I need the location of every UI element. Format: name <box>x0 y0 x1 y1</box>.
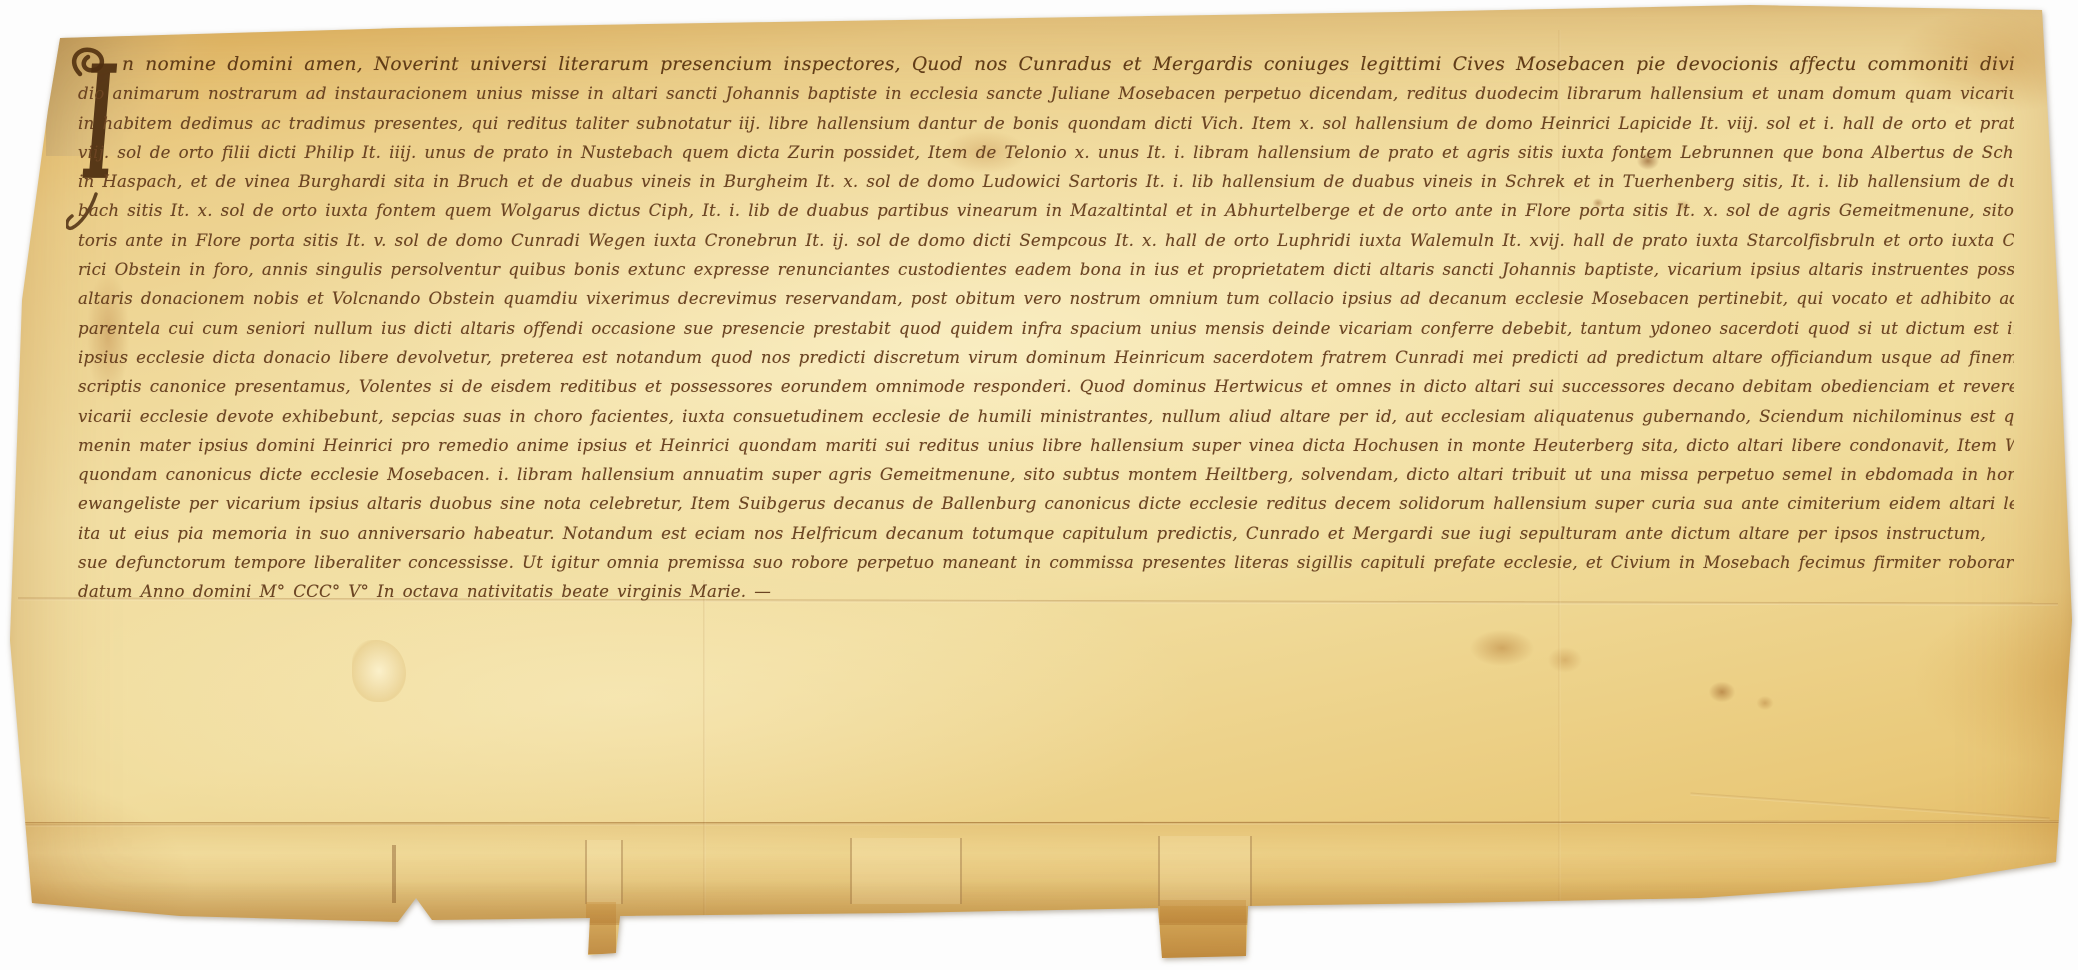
text-line: ipsius ecclesie dicta donacio libere dev… <box>78 343 2014 372</box>
text-line: n nomine domini amen, Noverint universi … <box>78 50 2014 79</box>
text-line: menin mater ipsius domini Heinrici pro r… <box>78 431 2014 460</box>
seal-tag-right <box>1160 900 1246 958</box>
text-line: in habitem dedimus ac tradimus presentes… <box>78 109 2014 138</box>
text-line: bach sitis It. x. sol de orto iuxta font… <box>78 196 2014 225</box>
text-line: quondam canonicus dicte ecclesie Mosebac… <box>78 460 2014 489</box>
text-line: altaris donacionem nobis et Volcnando Ob… <box>78 284 2014 313</box>
text-line: ewangeliste per vicarium ipsius altaris … <box>78 489 2014 518</box>
seal-slot-center <box>850 838 962 904</box>
text-line: rici Obstein in foro, annis singulis per… <box>78 255 2014 284</box>
scan-background: I n nomine domini amen, Noverint univers… <box>0 0 2078 970</box>
seal-tag-left <box>586 902 616 954</box>
seal-slit-left <box>392 845 396 903</box>
text-line: scriptis canonice presentamus, Volentes … <box>78 372 2014 401</box>
text-line: viij. sol de orto filii dicti Philip It.… <box>78 138 2014 167</box>
text-line: toris ante in Flore porta sitis It. v. s… <box>78 226 2014 255</box>
charter-text-block: n nomine domini amen, Noverint universi … <box>78 50 2014 607</box>
bottom-edge-shading <box>0 880 2078 925</box>
text-line: in Haspach, et de vinea Burghardi sita i… <box>78 167 2014 196</box>
seal-slot-right <box>1158 836 1252 906</box>
seal-slot-left <box>585 840 623 904</box>
text-line: parentela cui cum seniori nullum ius dic… <box>78 314 2014 343</box>
text-line: ita ut eius pia memoria in suo anniversa… <box>78 519 2014 548</box>
text-line: dio animarum nostrarum ad instauracionem… <box>78 79 2014 108</box>
text-line: datum Anno domini M° CCC° V° In octava n… <box>78 577 2014 606</box>
fold-crease-diagonal-right <box>1690 792 2049 820</box>
text-line: vicarii ecclesie devote exhibebunt, sepc… <box>78 402 2014 431</box>
parchment-charter: I n nomine domini amen, Noverint univers… <box>0 0 2078 970</box>
parchment-tear <box>352 640 406 702</box>
parchment-wrap: I n nomine domini amen, Noverint univers… <box>0 0 2078 970</box>
text-line: sue defunctorum tempore liberaliter conc… <box>78 548 2014 577</box>
